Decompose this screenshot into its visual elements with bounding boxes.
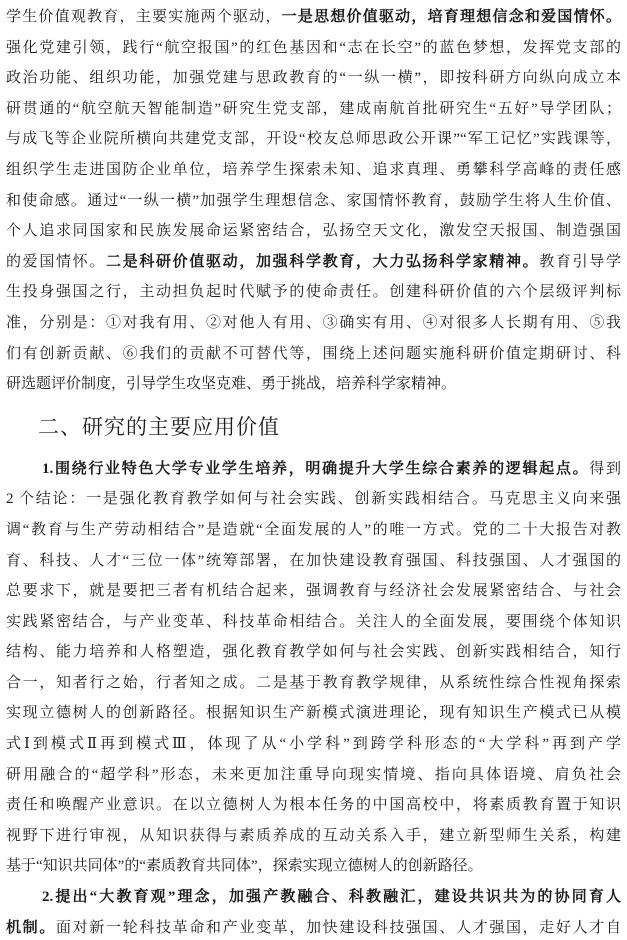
emphasis-text: 1.围绕行业特色大学专业学生培养，明确提升大学生综合素养的逻辑起点。 bbox=[42, 461, 589, 477]
text-line: 强化党建引领，践行“航空报国”的红色基因和“志在长空”的蓝色梦想，发挥党支部的 bbox=[6, 33, 621, 64]
text-line: 的爱国情怀。二是科研价值驱动，加强科学教育，大力弘扬科学家精神。教育引导学 bbox=[6, 247, 621, 278]
text-line: 准，分别是：①对我有用、②对他人有用、③确实有用、④对很多人长期有用、⑤我 bbox=[6, 308, 621, 339]
text-line: 学生价值观教育，主要实施两个驱动，一是思想价值驱动，培育理想信念和爱国情怀。 bbox=[6, 2, 621, 33]
text-line: 个人追求同国家和民族发展命运紧密结合，弘扬空天文化，激发空天报国、制造强国 bbox=[6, 216, 621, 247]
body-text: 教育引导学 bbox=[539, 254, 621, 270]
text-line: 研贯通的“航空航天智能制造”研究生党支部，建成南航首批研究生“五好”导学团队； bbox=[6, 94, 621, 125]
body-text: 面对新一轮科技革命和产业变革，加快建设科技强国、人才强国，走好人才自 bbox=[56, 920, 621, 936]
text-line: 育、科技、人才“三位一体”统筹部署，在加快建设教育强国、科技强国、人才强国的 bbox=[6, 546, 621, 577]
text-line: 总要求下，就是要把三者有机结合起来，强调教育与经济社会发展紧密结合、与社会 bbox=[6, 576, 621, 607]
paragraph-application-value-1: 1.围绕行业特色大学专业学生培养，明确提升大学生综合素养的逻辑起点。得到2 个结… bbox=[6, 454, 621, 882]
body-text: 研选题评价制度，引导学生攻坚克难、勇于挑战，培养科学家精神。 bbox=[6, 376, 456, 392]
document-page: 学生价值观教育，主要实施两个驱动，一是思想价值驱动，培育理想信念和爱国情怀。强化… bbox=[0, 0, 627, 940]
emphasis-text: 2.提出“大教育观”理念，加强产教融合、科教融汇，建设共识共为的协同育人 bbox=[42, 889, 621, 905]
body-text: 调“教育与生产劳动相结合”是造就“全面发展的人”的唯一方式。党的二十大报告对教 bbox=[6, 522, 621, 538]
text-line: 基于“知识共同体”的“素质教育共同体”，探索实现立德树人的创新路径。 bbox=[6, 851, 621, 882]
text-line: 政治功能、组织功能，加强党建与思政教育的“一纵一横”，即按科研方向纵向成立本 bbox=[6, 63, 621, 94]
text-line: 结构、能力培养和人格塑造，强化教育教学如何与社会实践、创新实践相结合，知行 bbox=[6, 637, 621, 668]
section-heading-application-value: 二、研究的主要应用价值 bbox=[6, 412, 621, 443]
text-line: 式Ⅰ到模式Ⅱ再到模式Ⅲ，体现了从“小学科”到跨学科形态的“大学科”再到产学 bbox=[6, 729, 621, 760]
body-text: 实践紧密结合，与产业变革、科技革命相结合。关注人的全面发展，要围绕个体知识 bbox=[6, 614, 621, 630]
body-text: 2 个结论：一是强化教育教学如何与社会实践、创新实践相结合。马克思主义向来强 bbox=[6, 491, 621, 507]
emphasis-text: 二是科研价值驱动，加强科学教育，大力弘扬科学家精神。 bbox=[106, 254, 539, 270]
body-text: 结构、能力培养和人格塑造，强化教育教学如何与社会实践、创新实践相结合，知行 bbox=[6, 644, 621, 660]
text-line: 研用融合的“超学科”形态，未来更加注重导向现实情境、指向具体语境、肩负社会 bbox=[6, 760, 621, 791]
body-text: 责任和唤醒产业意识。在以立德树人为根本任务的中国高校中，将素质教育置于知识 bbox=[6, 797, 621, 813]
text-line: 机制。面对新一轮科技革命和产业变革，加快建设科技强国、人才强国，走好人才自 bbox=[6, 913, 621, 940]
body-text: 组织学生走进国防企业单位，培养学生探索未知、追求真理、勇攀科学高峰的责任感 bbox=[6, 162, 621, 178]
body-text: 育、科技、人才“三位一体”统筹部署，在加快建设教育强国、科技强国、人才强国的 bbox=[6, 553, 621, 569]
body-text: 个人追求同国家和民族发展命运紧密结合，弘扬空天文化，激发空天报国、制造强国 bbox=[6, 223, 621, 239]
body-text: 视野下进行审视，从知识获得与素质养成的互动关系入手，建立新型师生关系，构建 bbox=[6, 828, 621, 844]
text-line: 实践紧密结合，与产业变革、科技革命相结合。关注人的全面发展，要围绕个体知识 bbox=[6, 607, 621, 638]
body-text: 实现立德树人的创新路径。根据知识生产新模式演进理论，现有知识生产模式已从模 bbox=[6, 705, 621, 721]
text-line: 责任和唤醒产业意识。在以立德树人为根本任务的中国高校中，将素质教育置于知识 bbox=[6, 790, 621, 821]
text-line: 合一，知者行之始，行者知之成。二是基于教育教学规律，从系统性综合性视角探索 bbox=[6, 668, 621, 699]
body-text: 政治功能、组织功能，加强党建与思政教育的“一纵一横”，即按科研方向纵向成立本 bbox=[6, 70, 621, 86]
body-text: 生投身强国之行，主动担负起时代赋予的使命责任。创建科研价值的六个层级评判标 bbox=[6, 284, 621, 300]
body-text: 研用融合的“超学科”形态，未来更加注重导向现实情境、指向具体语境、肩负社会 bbox=[6, 767, 621, 783]
body-text: 准，分别是：①对我有用、②对他人有用、③确实有用、④对很多人长期有用、⑤我 bbox=[6, 315, 621, 331]
body-text: 强化党建引领，践行“航空报国”的红色基因和“志在长空”的蓝色梦想，发挥党支部的 bbox=[6, 40, 621, 56]
text-line: 1.围绕行业特色大学专业学生培养，明确提升大学生综合素养的逻辑起点。得到 bbox=[6, 454, 621, 485]
body-text: 式Ⅰ到模式Ⅱ再到模式Ⅲ，体现了从“小学科”到跨学科形态的“大学科”再到产学 bbox=[6, 736, 621, 752]
paragraph-two-drives: 学生价值观教育，主要实施两个驱动，一是思想价值驱动，培育理想信念和爱国情怀。强化… bbox=[6, 2, 621, 400]
body-text: 学生价值观教育，主要实施两个驱动， bbox=[6, 9, 282, 25]
body-text: 们有创新贡献、⑥我们的贡献不可替代等，围绕上述问题实施科研价值定期研讨、科 bbox=[6, 346, 621, 362]
emphasis-text: 一是思想价值驱动，培育理想信念和爱国情怀。 bbox=[282, 9, 621, 25]
body-text: 和使命感。通过“一纵一横”加强学生理想信念、家国情怀教育，鼓励学生将人生价值、 bbox=[6, 193, 621, 209]
body-text: 的爱国情怀。 bbox=[6, 254, 106, 270]
text-line: 们有创新贡献、⑥我们的贡献不可替代等，围绕上述问题实施科研价值定期研讨、科 bbox=[6, 339, 621, 370]
text-line: 与成飞等企业院所横向共建党支部，开设“校友总师思政公开课”“军工记忆”实践课等， bbox=[6, 124, 621, 155]
body-text: 基于“知识共同体”的“素质教育共同体”，探索实现立德树人的创新路径。 bbox=[6, 858, 483, 874]
document-content: 学生价值观教育，主要实施两个驱动，一是思想价值驱动，培育理想信念和爱国情怀。强化… bbox=[6, 2, 621, 940]
text-line: 实现立德树人的创新路径。根据知识生产新模式演进理论，现有知识生产模式已从模 bbox=[6, 698, 621, 729]
body-text: 总要求下，就是要把三者有机结合起来，强调教育与经济社会发展紧密结合、与社会 bbox=[6, 583, 621, 599]
text-line: 2 个结论：一是强化教育教学如何与社会实践、创新实践相结合。马克思主义向来强 bbox=[6, 484, 621, 515]
paragraph-application-value-2: 2.提出“大教育观”理念，加强产教融合、科教融汇，建设共识共为的协同育人机制。面… bbox=[6, 882, 621, 940]
text-line: 视野下进行审视，从知识获得与素质养成的互动关系入手，建立新型师生关系，构建 bbox=[6, 821, 621, 852]
emphasis-text: 机制。 bbox=[6, 920, 56, 936]
body-text: 研贯通的“航空航天智能制造”研究生党支部，建成南航首批研究生“五好”导学团队； bbox=[6, 101, 621, 117]
text-line: 组织学生走进国防企业单位，培养学生探索未知、追求真理、勇攀科学高峰的责任感 bbox=[6, 155, 621, 186]
text-line: 2.提出“大教育观”理念，加强产教融合、科教融汇，建设共识共为的协同育人 bbox=[6, 882, 621, 913]
text-line: 和使命感。通过“一纵一横”加强学生理想信念、家国情怀教育，鼓励学生将人生价值、 bbox=[6, 186, 621, 217]
text-line: 调“教育与生产劳动相结合”是造就“全面发展的人”的唯一方式。党的二十大报告对教 bbox=[6, 515, 621, 546]
text-line: 研选题评价制度，引导学生攻坚克难、勇于挑战，培养科学家精神。 bbox=[6, 369, 621, 400]
body-text: 与成飞等企业院所横向共建党支部，开设“校友总师思政公开课”“军工记忆”实践课等， bbox=[6, 131, 621, 147]
body-text: 合一，知者行之始，行者知之成。二是基于教育教学规律，从系统性综合性视角探索 bbox=[6, 675, 621, 691]
body-text: 得到 bbox=[589, 461, 621, 477]
text-line: 生投身强国之行，主动担负起时代赋予的使命责任。创建科研价值的六个层级评判标 bbox=[6, 277, 621, 308]
